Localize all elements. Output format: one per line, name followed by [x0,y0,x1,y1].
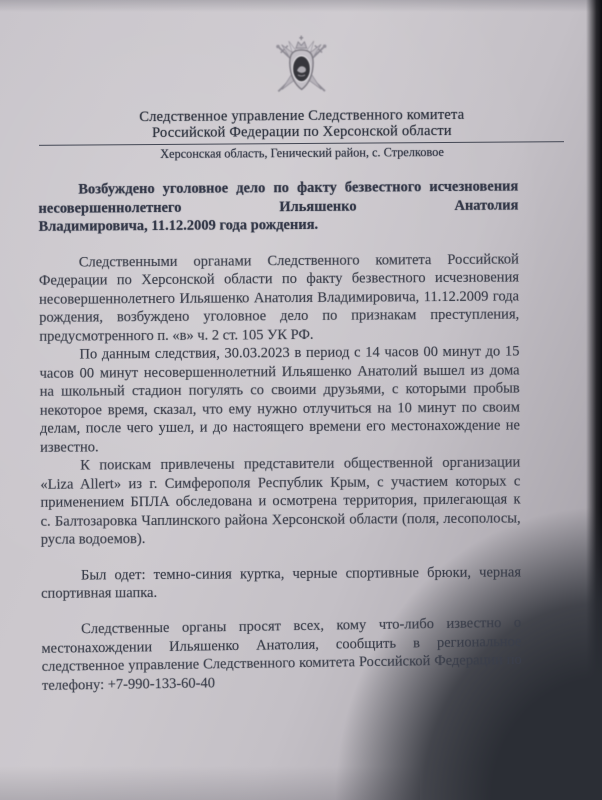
paragraph: По данным следствия, 30.03.2023 в период… [39,342,520,456]
paragraph: К поискам привлечены представители общес… [40,453,521,549]
photographed-document: Следственное управление Следственного ко… [0,0,602,800]
paragraph: Возбуждено уголовное дело по факту безве… [38,177,518,236]
document-header: Следственное управление Следственного ко… [0,0,602,162]
text-line: русла водоемов). [41,527,521,549]
text-line: с. Балтозаровка Чаплинского района Херсо… [41,509,521,531]
text-line: Был одет: темно-синия куртка, черные спо… [41,563,521,585]
paragraph: Следственными органами Следственного ком… [39,250,520,346]
text-line: несовершеннолетнего Ильяшенко Анатолия [38,196,518,218]
text-line: рождения, возбуждено уголовное дело по п… [39,305,519,327]
document-content: Следственное управление Следственного ко… [0,0,602,695]
paragraph: Был одет: темно-синия куртка, черные спо… [41,563,521,603]
document-body: Возбуждено уголовное дело по факту безве… [1,158,602,695]
paragraph: Следственные органы просят всех, кому чт… [41,613,522,694]
text-line: спортивная шапка. [41,581,521,603]
org-name-line2: Российской Федерации по Херсонской облас… [1,122,602,142]
text-line: делам, после чего ушел, и до настоящего … [40,416,520,438]
investigative-committee-emblem-icon [268,32,334,102]
text-line: Владимировича, 11.12.2009 года рождения. [39,214,519,236]
